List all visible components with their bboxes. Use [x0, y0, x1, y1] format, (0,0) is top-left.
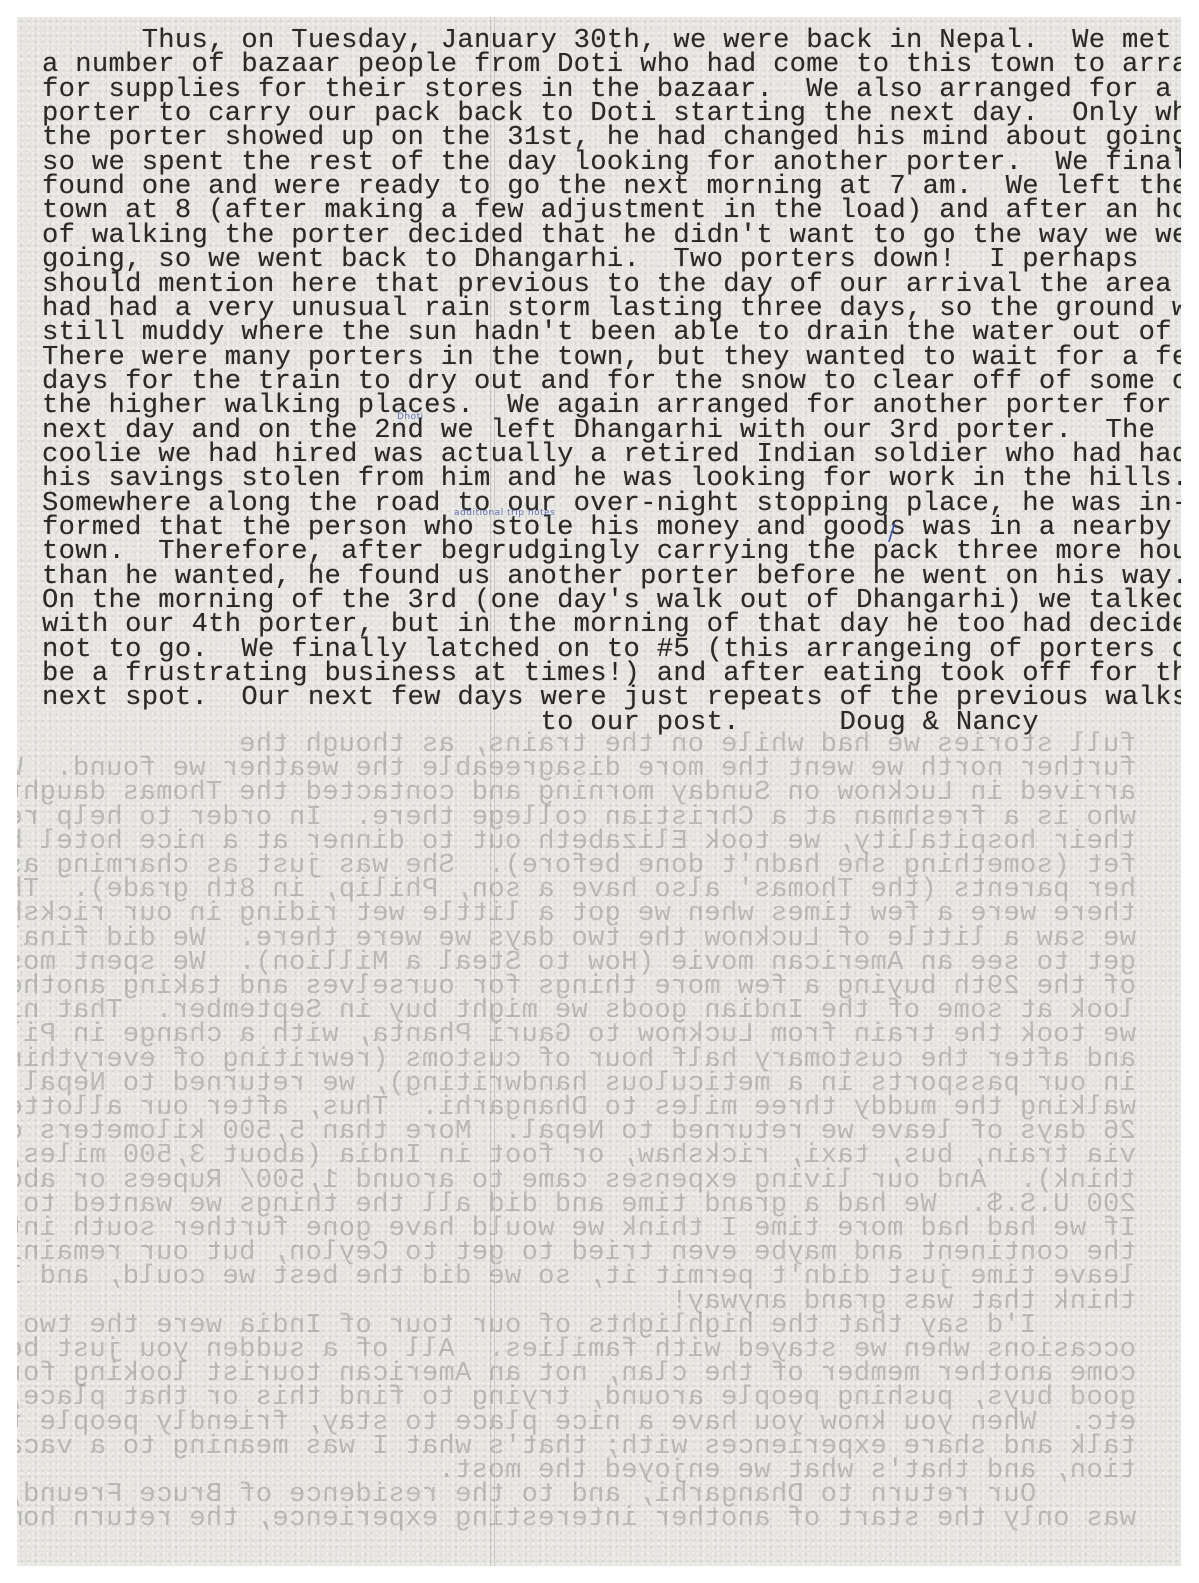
handwritten-mark: / [888, 521, 895, 546]
handwritten-annotation: Dhoti [397, 412, 424, 422]
letter-line: to our post. Doug & Nancy [42, 711, 1039, 735]
handwritten-annotation: additional trip notes [454, 508, 555, 518]
letter-page: full stories we had while on the trains,… [17, 17, 1181, 1566]
letter-body: Thus, on Tuesday, January 30th, we were … [17, 17, 1181, 1566]
